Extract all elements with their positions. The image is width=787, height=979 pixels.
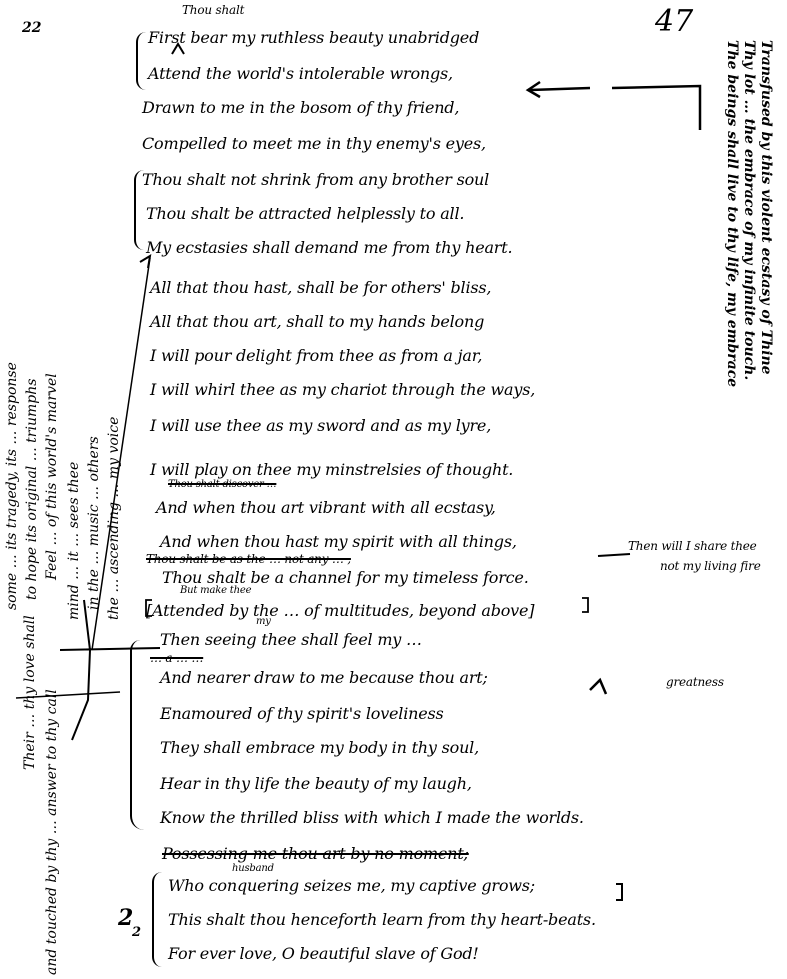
arrow-up-icon [92,258,150,650]
square-brackets [146,598,588,616]
arrow-right-note-icon [598,554,630,556]
manuscript-page: 22 47 Thou shalt First bear my ruthless … [0,0,787,979]
check-mark-icon [590,680,606,694]
pen-strokes [0,0,787,979]
arrow-left-icon [530,86,700,130]
caret-icon [172,44,184,54]
connector-lines [60,600,160,740]
e-mark [616,884,622,900]
